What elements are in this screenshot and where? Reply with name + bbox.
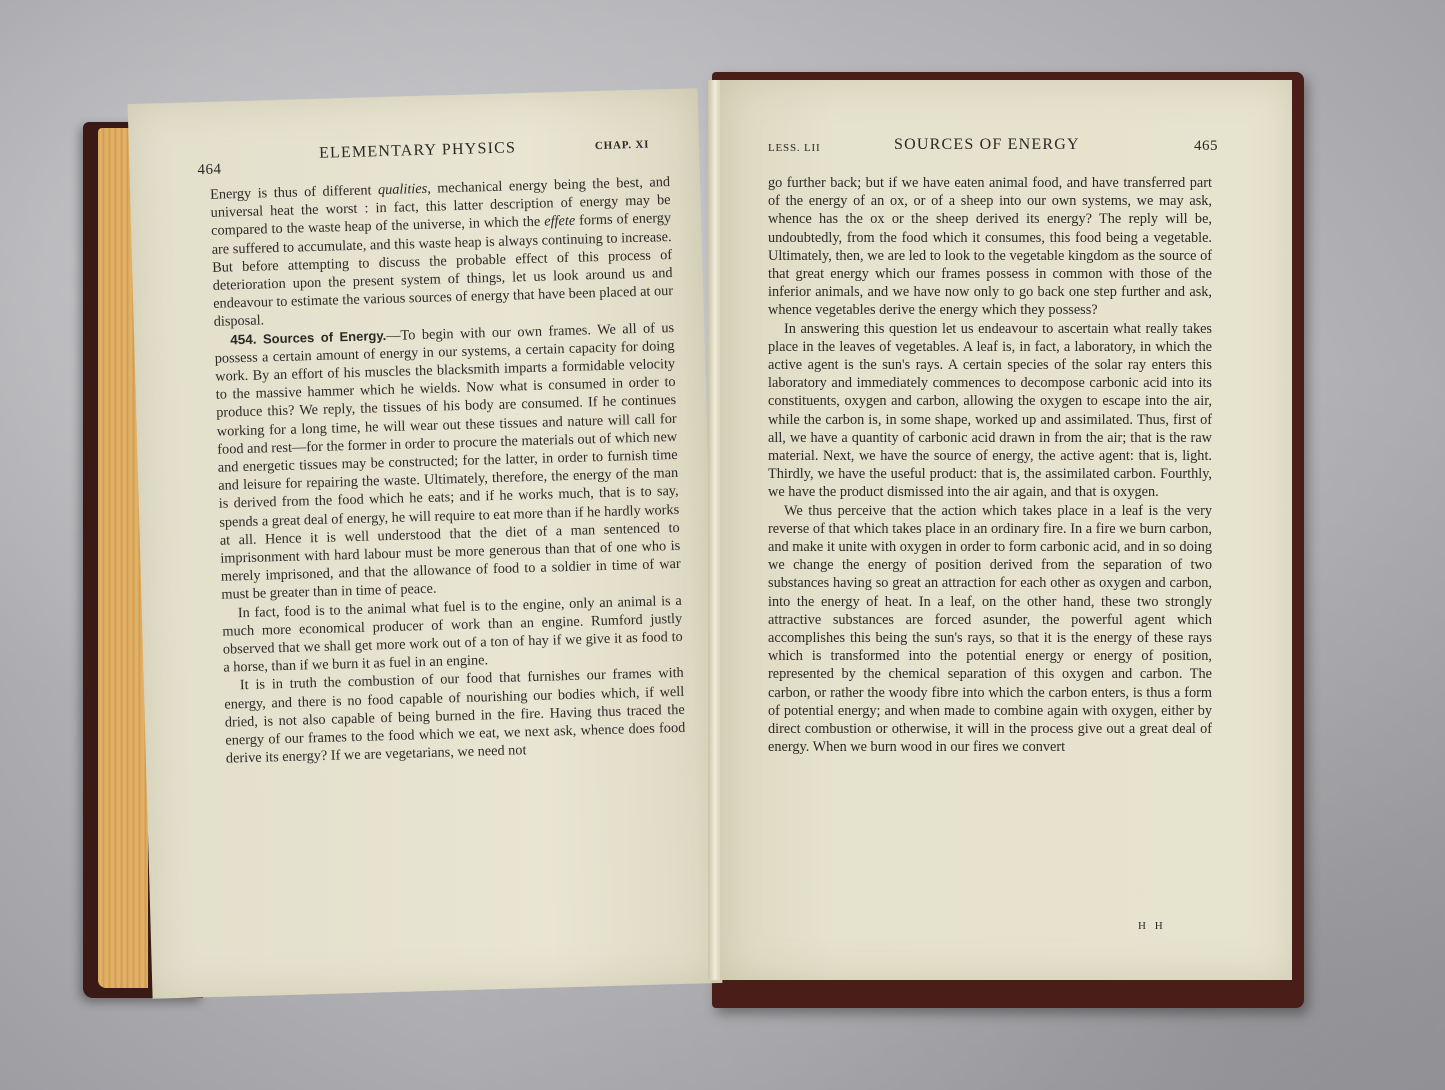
left-page: 464 ELEMENTARY PHYSICS CHAP. XI Energy i… xyxy=(128,88,723,999)
paragraph: In answering this question let us endeav… xyxy=(768,320,1212,502)
lesson-label: LESS. LII xyxy=(768,142,820,154)
section-number: 454. xyxy=(230,331,257,347)
paragraph: Energy is thus of different qualities, m… xyxy=(210,173,674,331)
running-head: LESS. LII SOURCES OF ENERGY 465 xyxy=(720,126,1292,150)
paragraph: We thus perceive that the action which t… xyxy=(768,502,1212,757)
section-paragraph: 454. Sources of Energy.—To begin with ou… xyxy=(214,319,681,605)
paragraph: In fact, food is to the animal what fuel… xyxy=(222,592,684,678)
chapter-label: CHAP. XI xyxy=(595,139,650,153)
signature-mark: H H xyxy=(1138,920,1166,932)
section-title: Sources of Energy. xyxy=(263,328,387,346)
running-title: ELEMENTARY PHYSICS xyxy=(319,139,517,162)
page-body: go further back; but if we have eaten an… xyxy=(768,174,1212,757)
running-title: SOURCES OF ENERGY xyxy=(894,136,1080,154)
running-head: 464 ELEMENTARY PHYSICS CHAP. XI xyxy=(129,134,699,174)
page-number: 465 xyxy=(1194,138,1218,155)
page-number: 464 xyxy=(197,162,221,180)
page-body: Energy is thus of different qualities, m… xyxy=(210,173,686,768)
paragraph: It is in truth the combustion of our foo… xyxy=(224,664,686,768)
right-page: LESS. LII SOURCES OF ENERGY 465 go furth… xyxy=(720,80,1292,980)
paragraph: go further back; but if we have eaten an… xyxy=(768,174,1212,320)
